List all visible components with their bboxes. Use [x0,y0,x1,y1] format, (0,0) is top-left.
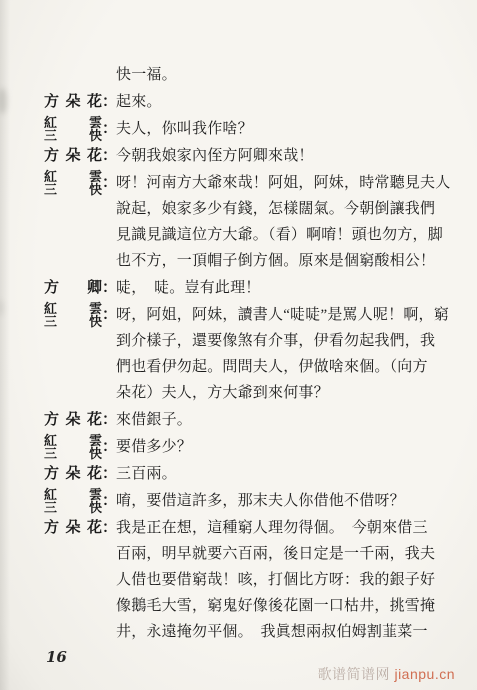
dialogue-turn: 方朵花 ： 來借銀子。 [44,407,459,433]
speaker-name: 三 快 [44,315,102,328]
watermark-site-url: jianpu.cn [394,666,455,682]
script-text-block: 快一福。 方朵花 ： 起來。 紅 雲 三 快 ： 夫人，你叫我作啥？ 方朵花 ： [44,62,459,646]
speaker-name: 三 快 [44,501,102,514]
speaker-colon: ： [102,302,116,328]
dialogue-line: 唷，要借這許多，那末夫人你借他不借呀？ [116,488,459,514]
speaker-colon: ： [102,275,116,301]
speaker-colon: ： [102,434,116,460]
dialogue-line: 要借多少？ [116,434,459,460]
speaker-name: 方 卿 [44,275,102,301]
dialogue-turn: 方朵花 ： 起來。 [44,89,459,115]
dialogue-turn: 紅 雲 三 快 ： 要借多少？ [44,434,459,460]
scan-edge-shade [0,0,10,690]
speaker-name: 方朵花 [44,461,102,487]
speaker-colon: ： [102,143,116,169]
dialogue-line: 來借銀子。 [116,407,459,433]
speaker-colon: ： [102,515,116,541]
dialogue-line: 我是正在想，這種窮人理勿得個。 今朝來借三 [116,515,459,541]
dialogue-line: 今朝我娘家內侄方阿卿來哉！ [116,143,459,169]
speaker-name: 方朵花 [44,515,102,541]
dialogue-line: 起來。 [116,89,459,115]
dialogue-turn: 方朵花 ： 今朝我娘家內侄方阿卿來哉！ [44,143,459,169]
dialogue-line: 們也看伊勿起。問問夫人，伊做啥來個。（向方 [116,354,459,380]
speaker-name: 三 快 [44,447,102,460]
speaker-label-empty [44,62,102,88]
dialogue-line: 人借也要借窮哉！咳，打個比方呀：我的銀子好 [116,567,459,593]
speaker-name: 方朵花 [44,407,102,433]
scan-artifact [0,300,4,316]
page-number: 16 [46,648,67,666]
dialogue-turn: 快一福。 [44,62,459,88]
dialogue-turn: 方朵花 ： 三百兩。 [44,461,459,487]
dialogue-line: 見識見識這位方大爺。（看）啊唷！頭也勿方，脚 [116,222,459,248]
dialogue-turn: 方朵花 ： 我是正在想，這種窮人理勿得個。 今朝來借三 百兩，明早就要六百兩，後… [44,515,459,645]
speaker-name: 三 快 [44,183,102,196]
dialogue-turn: 方 卿 ： 唗， 唗。豈有此理！ [44,275,459,301]
dialogue-turn: 紅 雲 三 快 ： 唷，要借這許多，那末夫人你借他不借呀？ [44,488,459,514]
book-page-scan: 快一福。 方朵花 ： 起來。 紅 雲 三 快 ： 夫人，你叫我作啥？ 方朵花 ： [0,0,477,690]
scan-artifact [0,88,7,114]
dialogue-line: 呀，阿姐，阿妹，讀書人“唗唗”是罵人呢！啊，窮 [116,302,459,328]
dialogue-turn: 紅 雲 三 快 ： 夫人，你叫我作啥？ [44,116,459,142]
dialogue-line: 三百兩。 [116,461,459,487]
speaker-colon: ： [102,488,116,514]
watermark-site-name: 歌谱简谱网 [318,666,391,682]
speaker-colon: ： [102,89,116,115]
dialogue-line: 快一福。 [116,62,459,88]
dialogue-line: 到介樣子，還要像煞有介事，伊看勿起我們，我 [116,328,459,354]
dialogue-line: 說起，娘家多少有錢，怎樣闊氣。今朝倒讓我們 [116,196,459,222]
speaker-name: 方朵花 [44,89,102,115]
dialogue-line: 井，永遠掩勿平個。 我眞想兩叔伯姆割韮菜一 [116,619,459,645]
dialogue-turn: 紅 雲 三 快 ： 呀！河南方大爺來哉！阿姐，阿妹，時常聽見夫人 說起，娘家多少… [44,170,459,274]
speaker-name: 三 快 [44,129,102,142]
speaker-name: 方朵花 [44,143,102,169]
speaker-colon: ： [102,116,116,142]
dialogue-turn: 紅 雲 三 快 ： 呀，阿姐，阿妹，讀書人“唗唗”是罵人呢！啊，窮 到介樣子，還… [44,302,459,406]
dialogue-line: 像鵝毛大雪，窮鬼好像後花園一口枯井，挑雪掩 [116,593,459,619]
speaker-colon: ： [102,407,116,433]
speaker-colon: ： [102,461,116,487]
colon-placeholder [102,62,116,88]
speaker-colon: ： [102,170,116,196]
dialogue-line: 夫人，你叫我作啥？ [116,116,459,142]
dialogue-line: 呀！河南方大爺來哉！阿姐，阿妹，時常聽見夫人 [116,170,459,196]
dialogue-line: 百兩，明早就要六百兩，後日定是一千兩，我夫 [116,541,459,567]
dialogue-line: 唗， 唗。豈有此理！ [116,275,459,301]
watermark: 歌谱简谱网 jianpu.cn [318,664,455,684]
dialogue-line: 也不方，一頂帽子倒方個。原來是個窮酸相公！ [116,248,459,274]
dialogue-line: 朵花）夫人，方大爺到來何事？ [116,380,459,406]
